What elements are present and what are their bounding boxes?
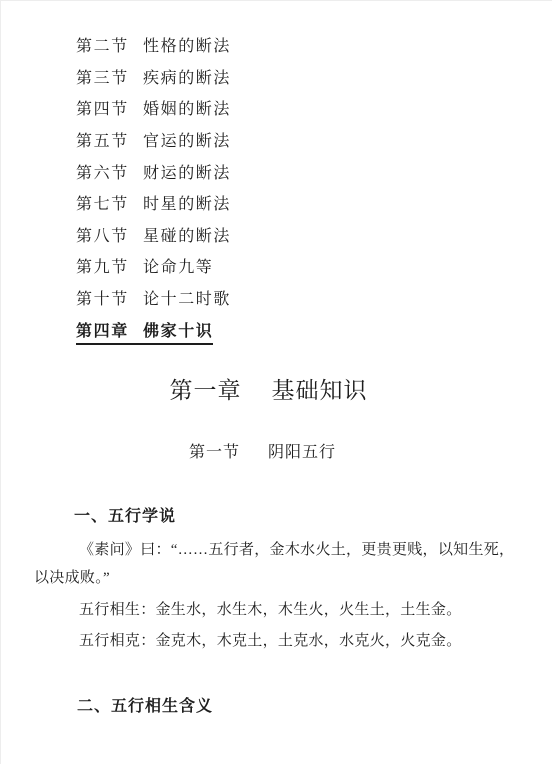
toc-section-title: 星碰的断法	[143, 228, 231, 260]
chapter-title: 基础知识	[272, 378, 368, 403]
toc-section-label: 第八节	[76, 228, 143, 260]
chapter-number: 第一章	[170, 378, 242, 403]
toc-section-title: 疾病的断法	[143, 70, 231, 102]
toc-section-label: 第二节	[76, 38, 143, 70]
body-heading-wuxing-theory: 一、五行学说	[74, 503, 176, 526]
toc-section-title: 性格的断法	[143, 38, 231, 70]
toc-row: 第四节 婚姻的断法	[76, 101, 231, 133]
chapter-heading: 第一章基础知识	[1, 372, 552, 405]
toc-section-title: 财运的断法	[143, 165, 231, 197]
toc-section-title: 婚姻的断法	[143, 101, 231, 133]
section-title: 阴阳五行	[268, 444, 336, 461]
quote-paragraph-line2: 以决成败。”	[34, 566, 110, 587]
table-of-contents: 第二节 性格的断法 第三节 疾病的断法 第四节 婚姻的断法 第五节 官运的断法 …	[76, 38, 231, 345]
body-heading-generation-meaning: 二、五行相生含义	[77, 693, 213, 716]
toc-row: 第三节 疾病的断法	[76, 70, 231, 102]
toc-section-label: 第六节	[76, 165, 143, 197]
toc-section-title: 时星的断法	[143, 196, 231, 228]
wuxing-overcoming-line: 五行相克：金克木，木克土，土克水，水克火，火克金。	[79, 629, 462, 650]
toc-section-title: 论命九等	[143, 259, 213, 291]
toc-row: 第五节 官运的断法	[76, 133, 231, 165]
toc-row: 第二节 性格的断法	[76, 38, 231, 70]
toc-row: 第六节 财运的断法	[76, 165, 231, 197]
toc-section-label: 第三节	[76, 70, 143, 102]
toc-row: 第七节 时星的断法	[76, 196, 231, 228]
wuxing-generation-line: 五行相生：金生水，水生木，木生火，火生土，土生金。	[79, 598, 462, 619]
toc-row: 第十节 论十二时歌	[76, 291, 231, 323]
toc-section-label: 第九节	[76, 259, 143, 291]
toc-chapter-title: 佛家十识	[143, 323, 213, 341]
toc-row-chapter: 第四章 佛家十识	[76, 323, 231, 345]
toc-chapter-label: 第四章	[76, 323, 143, 341]
toc-section-label: 第十节	[76, 291, 143, 323]
toc-row: 第九节 论命九等	[76, 259, 231, 291]
toc-chapter-underline: 第四章 佛家十识	[76, 323, 213, 345]
toc-section-title: 官运的断法	[143, 133, 231, 165]
section-heading: 第一节阴阳五行	[1, 439, 552, 462]
toc-section-label: 第五节	[76, 133, 143, 165]
toc-section-title: 论十二时歌	[143, 291, 231, 323]
toc-section-label: 第四节	[76, 101, 143, 133]
quote-paragraph-line1: 《素问》曰：“……五行者，金木水火土，更贵更贱，以知生死，	[79, 538, 514, 559]
toc-row: 第八节 星碰的断法	[76, 228, 231, 260]
section-number: 第一节	[189, 444, 240, 461]
toc-section-label: 第七节	[76, 196, 143, 228]
document-page: 第二节 性格的断法 第三节 疾病的断法 第四节 婚姻的断法 第五节 官运的断法 …	[0, 0, 552, 764]
